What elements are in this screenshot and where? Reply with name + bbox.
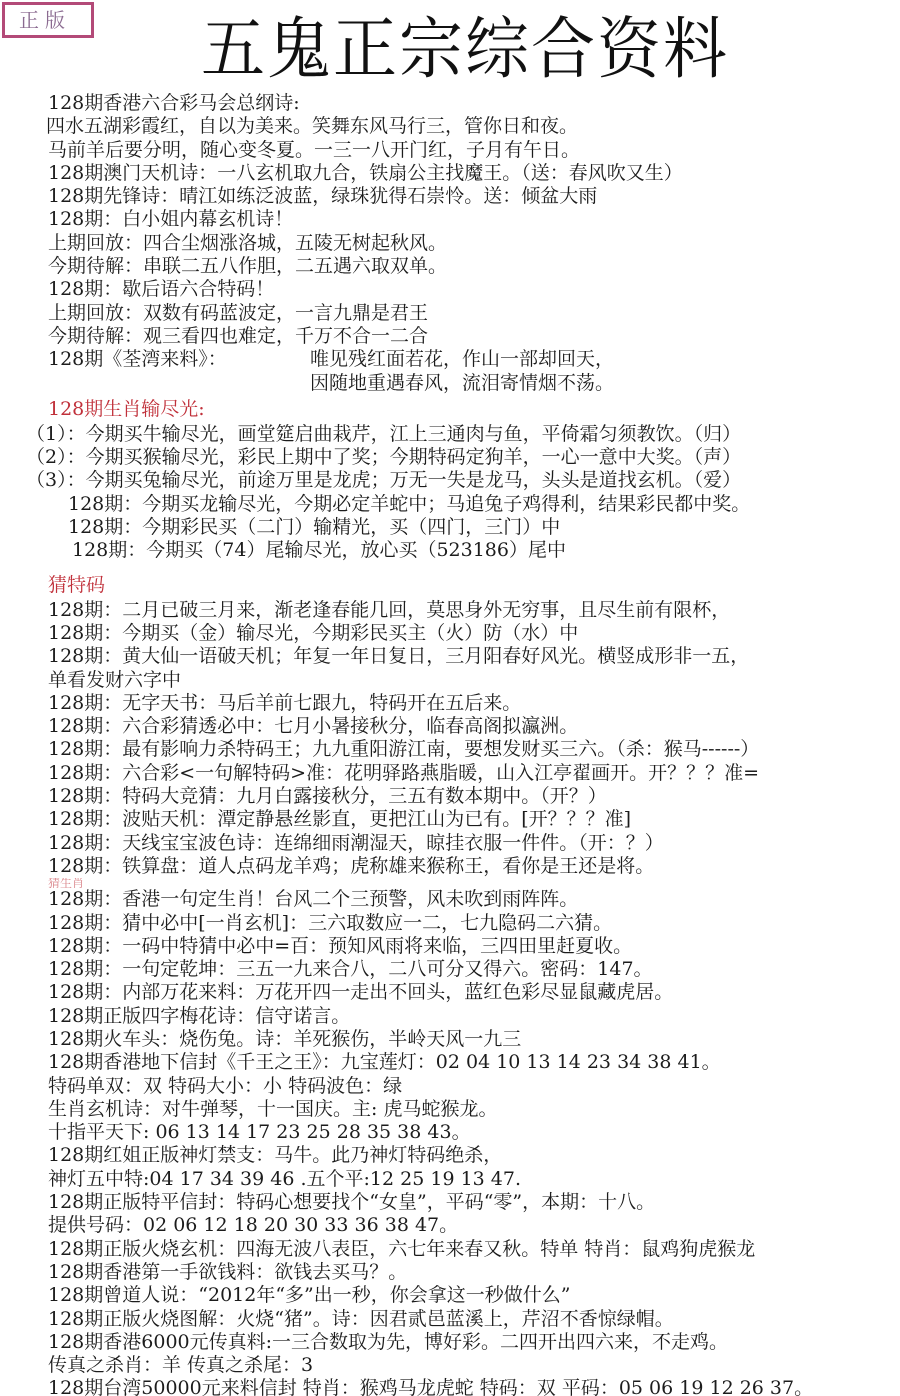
text-line: 128期香港6000元传真料:一三合数取为先，博好彩。二四开出四六来，不走鸡。: [48, 1331, 898, 1354]
section-header: 128期生肖输尽光:: [48, 395, 898, 423]
text-line: 128期：波贴天机：潭定静悬丝影直，更把江山为已有。[开？？？准]: [48, 808, 898, 831]
text-line: 128期台湾50000元来料信封 特肖：猴鸡马龙虎蛇 特码：双 平码：05 06…: [48, 1377, 898, 1396]
text-line: 马前羊后要分明，随心变冬夏。一三一八开门红，子月有午日。: [48, 139, 898, 162]
text-line: 今期待解：观三看四也难定，千万不合一二合: [48, 325, 898, 348]
text-line: （1）：今期买牛输尽光，画堂筵启曲栽芹，江上三通肉与鱼，平倚霜匀须教饮。（归）: [26, 423, 898, 446]
poem-row: 128期《荃湾来料》： 唯见残红面若花，作山一部却回天，: [48, 348, 898, 371]
text-line: 128期香港地下信封《千王之王》：九宝莲灯：02 04 10 13 14 23 …: [48, 1051, 898, 1074]
document-body: 128期香港六合彩马会总纲诗: 四水五湖彩霞红，自以为美来。笑舞东风马行三，管你…: [48, 92, 898, 1396]
text-line: 128期：猜中必中[一肖玄机]：三六取数应一二，七九隐码二六猜。: [48, 912, 898, 935]
text-line: 128期正版四字梅花诗：信守诺言。: [48, 1005, 898, 1028]
section-header-partial: 猜生肖: [48, 878, 898, 888]
text-line: 128期：今期彩民买（二门）输精光，买（四门，三门）中: [48, 516, 898, 539]
text-line: 128期：六合彩<一句解特码>准：花明驿路燕脂暖，山入江亭翟画开。开？？？准=: [48, 762, 898, 785]
guess-zodiac-section: 猜生肖 128期：香港一句定生肖！台风二个三预警，风未吹到雨阵阵。 128期：猜…: [48, 878, 898, 1396]
text-line: 128期：香港一句定生肖！台风二个三预警，风未吹到雨阵阵。: [48, 888, 898, 911]
text-line: 四水五湖彩霞红，自以为美来。笑舞东风马行三，管你日和夜。: [46, 115, 898, 138]
text-line: 128期火车头：烧伤兔。诗：羊死猴伤，半岭天风一九三: [48, 1028, 898, 1051]
text-line: 生肖玄机诗：对牛弹琴，十一国庆。主: 虎马蛇猴龙。: [48, 1098, 898, 1121]
text-line: 128期：铁算盘：道人点码龙羊鸡；虎称雄来猴称王，看你是王还是将。: [48, 855, 898, 878]
text-line: 单看发财六字中: [48, 669, 898, 692]
text-line: 128期：一句定乾坤：三五一九来合八，二八可分又得六。密码：147。: [48, 958, 898, 981]
text-line: 128期先锋诗：晴江如练泛波蓝，绿珠犹得石崇怜。送：倾盆大雨: [48, 185, 898, 208]
text-line: 128期：六合彩猜透必中：七月小暑接秋分，临春高阁拟瀛洲。: [48, 715, 898, 738]
text-line: 128期：今期买龙输尽光，今期必定羊蛇中；马追兔子鸡得利，结果彩民都中奖。: [48, 493, 898, 516]
text-line: 提供号码：02 06 12 18 20 30 33 36 38 47。: [48, 1214, 898, 1237]
text-line: 128期：特码大竞猜：九月白露接秋分，三五有数本期中。（开？）: [48, 785, 898, 808]
text-line: 128期：今期买（74）尾输尽光，放心买（523186）尾中: [48, 539, 898, 562]
zodiac-section: 128期生肖输尽光: （1）：今期买牛输尽光，画堂筵启曲栽芹，江上三通肉与鱼，平…: [48, 395, 898, 563]
text-line: 十指平天下: 06 13 14 17 23 25 28 35 38 43。: [48, 1121, 898, 1144]
text-line: 神灯五中特:04 17 34 39 46 .五个平:12 25 19 13 47…: [48, 1168, 898, 1191]
text-line: 128期：二月已破三月来，渐老逢春能几回，莫思身外无穷事，且尽生前有限杯，: [48, 599, 898, 622]
section-header: 猜特码: [48, 571, 898, 599]
text-line: 128期：一码中特猜中必中=百：预知风雨将来临，三四田里赶夏收。: [48, 935, 898, 958]
text-line: 128期：黄大仙一语破天机；年复一年日复日，三月阳春好风光。横竖成形非一五，: [48, 645, 898, 668]
text-line: 上期回放：四合尘烟涨洛城，五陵无树起秋风。: [48, 232, 898, 255]
text-line: 128期香港第一手欲钱料：欲钱去买马？。: [48, 1261, 898, 1284]
intro-section: 128期香港六合彩马会总纲诗: 四水五湖彩霞红，自以为美来。笑舞东风马行三，管你…: [48, 92, 898, 395]
text-line: 128期香港六合彩马会总纲诗:: [48, 92, 898, 115]
text-line: 128期：内部万花来料：万花开四一走出不回头，蓝红色彩尽显鼠藏虎居。: [48, 981, 898, 1004]
page-title: 五鬼正宗综合资料: [0, 10, 900, 90]
text-line: 上期回放：双数有码蓝波定，一言九鼎是君王: [48, 302, 898, 325]
poem-line: 唯见残红面若花，作山一部却回天，: [310, 348, 614, 371]
text-line: 128期正版特平信封：特码心想要找个“女皇”，平码“零”，本期：十八。: [48, 1191, 898, 1214]
text-line: 128期：今期买（金）输尽光，今期彩民买主（火）防（水）中: [48, 622, 898, 645]
text-line: 特码单双：双 特码大小：小 特码波色：绿: [48, 1075, 898, 1098]
text-line: 128期：歇后语六合特码！: [48, 278, 898, 301]
poem-label: 128期《荃湾来料》：: [48, 348, 310, 371]
guess-code-section: 猜特码 128期：二月已破三月来，渐老逢春能几回，莫思身外无穷事，且尽生前有限杯…: [48, 571, 898, 879]
text-line: 128期澳门天机诗：一八玄机取九合，铁扇公主找魔王。（送：春风吹又生）: [48, 162, 898, 185]
text-line: （2）：今期买猴输尽光，彩民上期中了奖；今期特码定狗羊，一心一意中大奖。（声）: [26, 446, 898, 469]
text-line: 128期：天线宝宝波色诗：连绵细雨潮湿天，晾挂衣服一件件。（开：？）: [48, 832, 898, 855]
text-line: 128期曾道人说：“2012年“多”出一秒，你会拿这一秒做什么”: [48, 1284, 898, 1307]
text-line: 128期正版火烧玄机：四海无波八表臣，六七年来春又秋。特单 特肖：鼠鸡狗虎猴龙: [48, 1238, 898, 1261]
poem-line: 因随地重遇春风，流泪寄情烟不荡。: [48, 372, 898, 395]
text-line: 128期：无字天书：马后羊前七跟九，特码开在五后来。: [48, 692, 898, 715]
text-line: 128期正版火烧图解：火烧“猪”。诗：因君贰邑蓝溪上，芹沼不香惊绿帽。: [48, 1308, 898, 1331]
text-line: 传真之杀肖：羊 传真之杀尾：3: [48, 1354, 898, 1377]
text-line: 今期待解：串联二五八作胆，二五遇六取双单。: [48, 255, 898, 278]
text-line: 128期：最有影响力杀特码王；九九重阳游江南，要想发财买三六。（杀：猴马----…: [48, 738, 898, 761]
text-line: 128期红姐正版神灯禁支：马牛。此乃神灯特码绝杀，: [48, 1144, 898, 1167]
text-line: 128期：白小姐内幕玄机诗！: [48, 208, 898, 231]
text-line: （3）：今期买兔输尽光，前途万里是龙虎；万无一失是龙马，头头是道找玄机。（爱）: [26, 469, 898, 492]
